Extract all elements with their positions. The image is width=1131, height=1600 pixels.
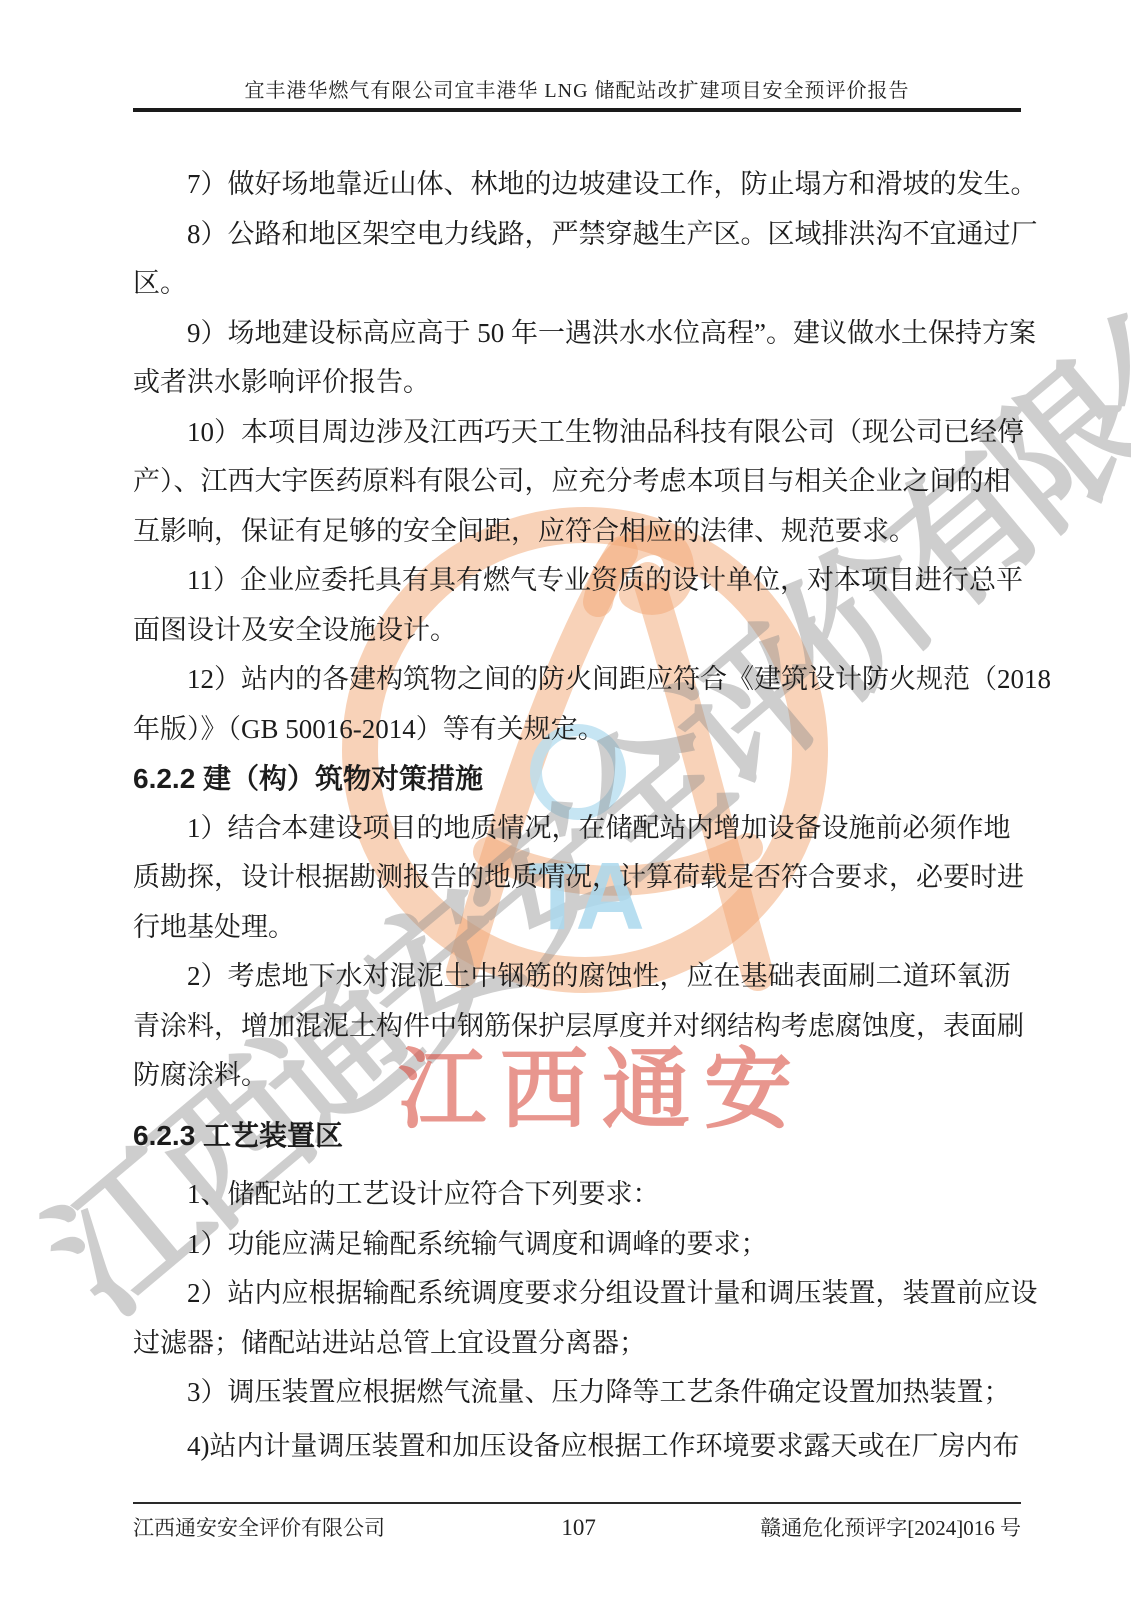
text-line: 3）调压装置应根据燃气流量、压力降等工艺条件确定设置加热装置； (133, 1368, 1024, 1418)
text-line: 互影响，保证有足够的安全间距，应符合相应的法律、规范要求。 (133, 507, 1024, 557)
text-line: 10）本项目周边涉及江西巧天工生物油品科技有限公司（现公司已经停 (133, 408, 1024, 458)
text-line: 1、储配站的工艺设计应符合下列要求： (133, 1170, 1024, 1220)
text-line: 8）公路和地区架空电力线路，严禁穿越生产区。区域排洪沟不宜通过厂 (133, 210, 1024, 260)
footer-doc-number: 赣通危化预评字[2024]016 号 (760, 1513, 1021, 1543)
section-heading-6-2-2: 6.2.2 建（构）筑物对策措施 (133, 754, 1024, 804)
text-line: 区。 (133, 259, 1024, 309)
text-line: 11）企业应委托具有具有燃气专业资质的设计单位，对本项目进行总平 (133, 556, 1024, 606)
body-text: 7）做好场地靠近山体、林地的边坡建设工作，防止塌方和滑坡的发生。 8）公路和地区… (133, 160, 1024, 1471)
footer-company: 江西通安安全评价有限公司 (133, 1513, 385, 1543)
text-line: 12）站内的各建构筑物之间的防火间距应符合《建筑设计防火规范（2018 (133, 655, 1024, 705)
text-line: 2）站内应根据输配系统调度要求分组设置计量和调压装置，装置前应设 (133, 1269, 1024, 1319)
footer-page-number: 107 (561, 1513, 596, 1543)
document-content: 宜丰港华燃气有限公司宜丰港华 LNG 储配站改扩建项目安全预评价报告 7）做好场… (0, 0, 1131, 1600)
text-line: 产）、江西大宇医药原料有限公司，应充分考虑本项目与相关企业之间的相 (133, 457, 1024, 507)
text-line: 防腐涂料。 (133, 1051, 1024, 1101)
section-heading-6-2-3: 6.2.3 工艺装置区 (133, 1111, 1024, 1161)
text-line: 过滤器；储配站进站总管上宜设置分离器； (133, 1319, 1024, 1369)
header-rule (133, 108, 1021, 112)
report-page: 江西通安安全评价有限公司 TA 江西通安 宜丰港华燃气有限公司宜丰港华 LNG … (0, 0, 1131, 1600)
text-line: 面图设计及安全设施设计。 (133, 606, 1024, 656)
text-line: 年版）》（GB 50016-2014）等有关规定。 (133, 705, 1024, 755)
text-line: 行地基处理。 (133, 903, 1024, 953)
footer-rule (133, 1502, 1021, 1504)
page-header-title: 宜丰港华燃气有限公司宜丰港华 LNG 储配站改扩建项目安全预评价报告 (133, 78, 1021, 104)
text-line: 9）场地建设标高应高于 50 年一遇洪水水位高程”。建议做水土保持方案 (133, 309, 1024, 359)
text-line: 1）结合本建设项目的地质情况，在储配站内增加设备设施前必须作地 (133, 804, 1024, 854)
text-line: 4)站内计量调压装置和加压设备应根据工作环境要求露天或在厂房内布 (133, 1422, 1024, 1472)
page-footer: 江西通安安全评价有限公司 107 赣通危化预评字[2024]016 号 (133, 1513, 1021, 1543)
text-line: 2）考虑地下水对混泥土中钢筋的腐蚀性，应在基础表面刷二道环氧沥 (133, 952, 1024, 1002)
text-line: 或者洪水影响评价报告。 (133, 358, 1024, 408)
text-line: 7）做好场地靠近山体、林地的边坡建设工作，防止塌方和滑坡的发生。 (133, 160, 1024, 210)
text-line: 质勘探，设计根据勘测报告的地质情况，计算荷载是否符合要求，必要时进 (133, 853, 1024, 903)
text-line: 1）功能应满足输配系统输气调度和调峰的要求； (133, 1220, 1024, 1270)
text-line: 青涂料，增加混泥土构件中钢筋保护层厚度并对纲结构考虑腐蚀度，表面刷 (133, 1002, 1024, 1052)
